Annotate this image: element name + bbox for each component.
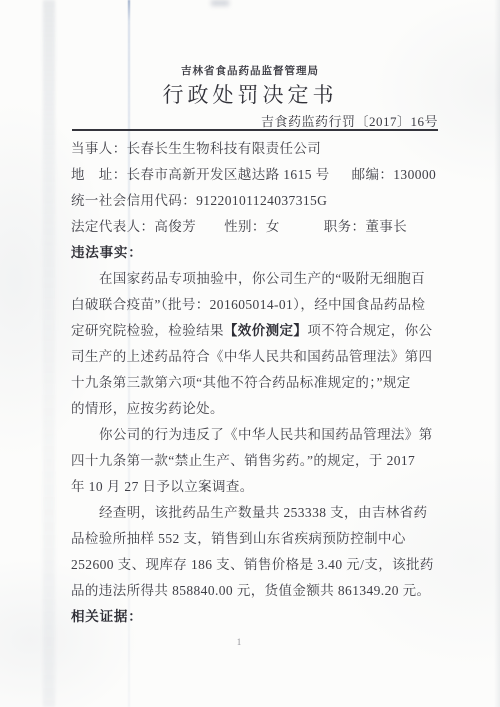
facts-heading: 违法事实： [71,240,441,266]
gender-value: 女 [266,219,280,234]
postcode-label: 邮编： [352,167,394,182]
legal-rep-line: 法定代表人：高俊芳性别：女职务：董事长 [71,214,441,240]
evidence-heading: 相关证据： [71,604,441,630]
position-value: 董事长 [365,219,407,234]
header-divider [72,129,438,131]
facts-line-pre: 定研究院检验，检验结果 [71,323,224,338]
party-name-value: 长春长生生物科技有限责任公司 [127,141,322,156]
facts-line: 252600 支、现库存 186 支、销售价格是 3.40 元/支，该批药 [71,552,441,578]
facts-line: 年 10 月 27 日予以立案调查。 [71,474,441,500]
party-address-line: 地 址：长春市高新开发区越达路 1615 号邮编：130000 [71,162,441,188]
postcode-value: 130000 [393,167,436,182]
legal-rep-value: 高俊芳 [154,219,196,234]
facts-line: 的情形，应按劣药论处。 [71,396,441,422]
document-title: 行政处罚决定书 [0,79,500,109]
credit-code-label: 统一社会信用代码： [71,193,196,208]
document-number: 吉食药监药行罚〔2017〕16号 [0,111,438,130]
facts-line: 品检验所抽样 552 支，销售到山东省疾病预防控制中心 [71,526,441,552]
address-value: 长春市高新开发区越达路 1615 号 [127,167,330,182]
facts-line: 定研究院检验，检验结果【效价测定】项不符合规定，你公 [71,318,441,344]
facts-line: 你公司的行为违反了《中华人民共和国药品管理法》第 [71,422,441,448]
scanned-document-page: 吉林省食品药品监督管理局 行政处罚决定书 吉食药监药行罚〔2017〕16号 当事… [0,0,500,707]
party-name-label: 当事人： [71,141,127,156]
facts-line: 四十九条第一款“禁止生产、销售劣药。”的规定，于 2017 [71,448,441,474]
document-body: 当事人：长春长生生物科技有限责任公司 地 址：长春市高新开发区越达路 1615 … [71,136,441,630]
credit-code-value: 91220101124037315G [196,193,327,208]
party-name-line: 当事人：长春长生生物科技有限责任公司 [71,136,441,162]
facts-line: 白破联合疫苗”（批号：201605014-01），经中国食品药品检 [71,292,441,318]
test-item-emphasis: 【效价测定】 [224,323,307,338]
facts-line-post: 项不符合规定，你公 [307,323,432,338]
facts-line: 经查明，该批药品生产数量共 253338 支，由吉林省药 [71,500,441,526]
facts-line: 在国家药品专项抽验中，你公司生产的“吸附无细胞百 [71,266,441,292]
legal-rep-label: 法定代表人： [71,219,154,234]
scan-artifact-top-smudge [211,0,229,6]
gender-label: 性别： [224,219,266,234]
credit-code-line: 统一社会信用代码：91220101124037315G [71,188,441,214]
facts-line: 司生产的上述药品符合《中华人民共和国药品管理法》第四 [71,344,441,370]
facts-line: 品的违法所得共 858840.00 元，货值金额共 861349.20 元。 [71,578,441,604]
position-label: 职务： [324,219,366,234]
address-label: 地 址： [71,167,127,182]
facts-line: 十九条第三款第六项“其他不符合药品标准规定的；”规定 [71,370,441,396]
issuing-authority: 吉林省食品药品监督管理局 [0,63,500,78]
page-number: 1 [0,637,478,647]
